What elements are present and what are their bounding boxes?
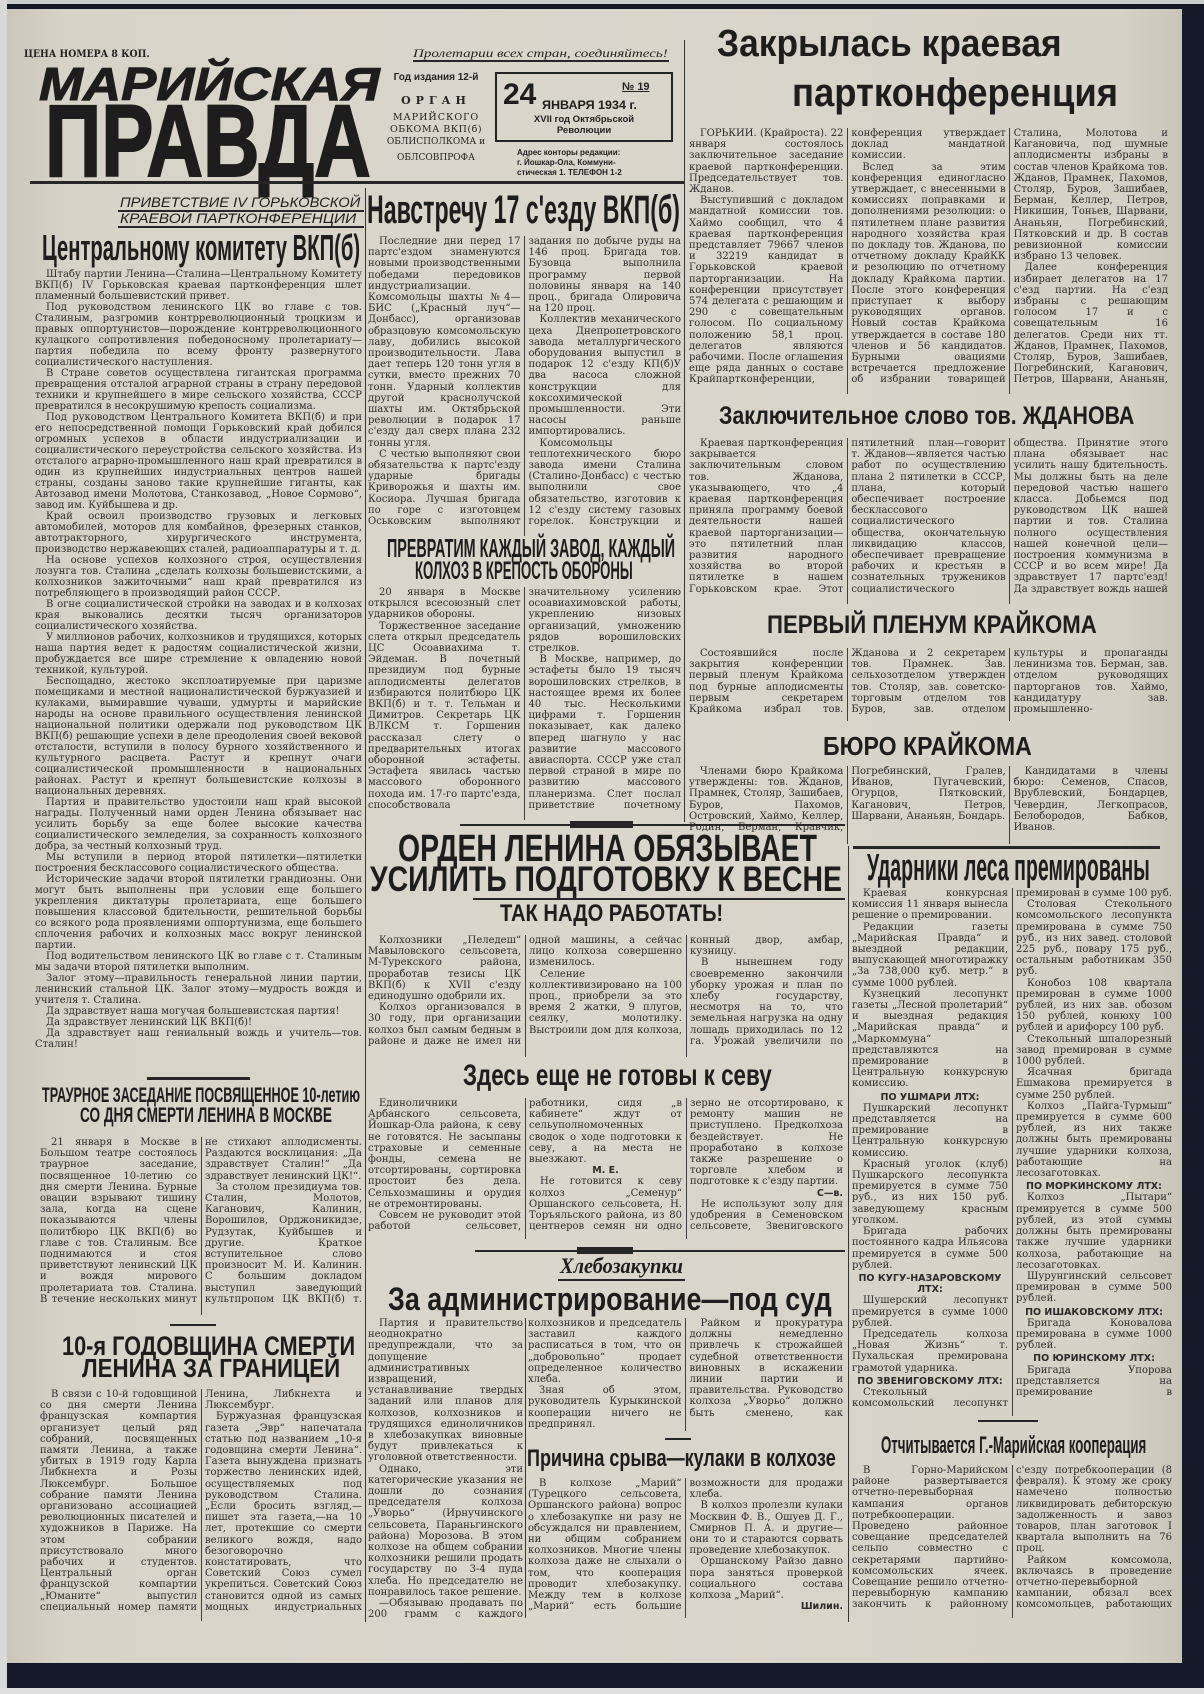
- article-body: В колхозе „Марий“ (Турецкого сельсовета,…: [528, 1478, 843, 1618]
- headline-text: Центральному комитету ВКП(б): [42, 230, 360, 266]
- paragraph: Кандидатами в члены бюро: Семенов, Спасо…: [1014, 766, 1168, 833]
- paragraph: Единоличники Арбанского сельсовета, Йошк…: [368, 1098, 521, 1210]
- paragraph: В огне социалистической стройки на завод…: [35, 599, 362, 632]
- paragraph: Партия и правительство неоднократно пред…: [368, 1318, 523, 1464]
- paragraph: Штабу партии Ленина—Сталина—Центральному…: [35, 269, 362, 302]
- headline-text: партконференция: [792, 73, 1118, 113]
- paragraph: 20 января в Москве открылся всесоюзный с…: [368, 587, 521, 621]
- signature: М. Е.: [529, 1165, 682, 1176]
- paragraph: Под водительством ленинского ЦК во главе…: [35, 951, 362, 973]
- paragraph: Райком и прокуратура должны немедленно п…: [690, 1318, 844, 1431]
- subheading: ПО ИШАКОВСКОМУ ЛТХ:: [1016, 1307, 1172, 1318]
- headline-text: ЛЕНИНА ЗА ГРАНИЦЕЙ: [82, 1355, 340, 1381]
- organ-line: МАРИЙСКОГО: [383, 113, 489, 123]
- headline-text: УСИЛИТЬ ПОДГОТОВКУ К ВЕСНЕ: [370, 862, 842, 897]
- motto: Пролетарии всех стран, соединяйтесь!: [413, 47, 616, 59]
- headline-text: СО ДНЯ СМЕРТИ ЛЕНИНА В МОСКВЕ: [80, 1105, 332, 1126]
- paragraph: Краевая партконференция закрывается закл…: [689, 438, 1168, 604]
- headline-text: Закрылась краевая: [717, 25, 1062, 63]
- paragraph: Бригада Коновалова премирована в сумме 1…: [1016, 1318, 1172, 1352]
- paragraph: Колхоз „Пайга-Турмыш“ премируется в сумм…: [1016, 1101, 1172, 1179]
- headline-text: ТРАУРНОЕ ЗАСЕДАНИЕ ПОСВЯЩЕННОЕ 10-летию: [42, 1085, 360, 1106]
- article-body: Состоявшийся после закрытия конференции …: [689, 648, 1168, 721]
- article-body: 20 января в Москве открылся всесоюзный с…: [368, 587, 681, 820]
- address-line: стическая 1. ТЕЛЕФОН 1-2: [517, 169, 622, 177]
- paragraph: Да здравствует ленинский ЦК ВКП(б)!: [35, 1017, 362, 1028]
- headline-text: За администрирование—под суд: [388, 1283, 832, 1315]
- article-body: Колхозники „Пеледеш“ Мавыловского сельсо…: [368, 935, 843, 1057]
- article-body: Единоличники Арбанского сельсовета, Йошк…: [368, 1098, 843, 1239]
- organ-line: ОБКОМА ВКП(б): [383, 125, 489, 135]
- paragraph: Краевая конкурсная комиссия 11 января вы…: [852, 888, 1008, 922]
- scan-border-top: [0, 0, 1204, 4]
- paragraph: Да здравствует наш гениальный вождь и уч…: [35, 1028, 362, 1050]
- article-headline: За администрирование—под суд: [388, 1283, 916, 1315]
- paragraph: Буржуазная французская газета „Эвр“ напе…: [205, 1389, 362, 1621]
- paragraph: Исторические задачи второй пятилетки гра…: [35, 874, 362, 951]
- paragraph: Колхозники „Пеледеш“ Мавыловского сельсо…: [368, 935, 521, 1002]
- date-month-year: ЯНВАРЯ 1934 г.: [542, 99, 633, 111]
- signature: С—в.: [690, 1188, 843, 1199]
- section-divider: [147, 1077, 250, 1080]
- article-headline: Ударники леса премированы: [867, 849, 1204, 887]
- article-headline: БЮРО КРАЙКОМА: [823, 733, 1058, 759]
- paragraph: Председатель колхоза „Новая Жизнь“ т. Пу…: [852, 1329, 1008, 1374]
- paragraph: Стекольный шпалорезный завод премирован …: [1016, 1034, 1172, 1068]
- masthead-divider: [30, 181, 684, 184]
- article-headline: ПЕРВЫЙ ПЛЕНУМ КРАЙКОМА: [767, 613, 1139, 638]
- paragraph: Столовая Стекольного комсомольского лесо…: [1016, 899, 1172, 977]
- article-kicker: ПРИВЕТСТВИЕ IV ГОРЬКОВСКОЙ: [120, 195, 348, 209]
- paragraph: У миллионов рабочих, колхозников и трудя…: [35, 632, 362, 676]
- article-body: В Горно-Марийском районе развертывается …: [852, 1465, 1172, 1618]
- column-rule: [365, 188, 366, 1622]
- headline-text: Ударники леса премированы: [867, 849, 1150, 887]
- paragraph: Однако, эти категорические указания не д…: [368, 1464, 523, 1598]
- paragraph: Беспощадно, жестоко эксплоатируемые при …: [35, 676, 362, 797]
- paragraph: Колхоз „Пытари“ премируется в сумме 500 …: [1016, 1192, 1172, 1270]
- article-headline: Закрылась краевая: [717, 25, 1088, 63]
- paragraph: Состоявшийся после закрытия конференции …: [689, 648, 1168, 721]
- organ-line: ОБЛИСПОЛКОМА и: [383, 138, 489, 147]
- address-line: г. Йошкар-Ола, Коммуни-: [517, 159, 616, 167]
- kicker-text: ПРИВЕТСТВИЕ IV ГОРЬКОВСКОЙ: [120, 195, 360, 209]
- subheading: ПО КУГУ-НАЗАРОВСКОМУ ЛТХ:: [852, 1273, 1008, 1295]
- subheading: ПО ЮРИНСКОМУ ЛТХ:: [1016, 1353, 1172, 1364]
- article-kicker: КРАЕВОЙ ПАРТКОНФЕРЕНЦИИ: [120, 211, 334, 225]
- paragraph: Редакции газеты „Марийская Правда“ и вые…: [852, 922, 1008, 989]
- subheading: ПО МОРКИНСКОМУ ЛТХ:: [1016, 1181, 1172, 1192]
- article-headline: Здесь еще не готовы к севу: [463, 1061, 877, 1091]
- article-body: 21 января в Москве в Большом театре сост…: [40, 1137, 362, 1315]
- paragraph: Под руководством ленинского ЦК во главе …: [35, 302, 362, 368]
- kicker-text: Хлебозакупки: [560, 1255, 683, 1277]
- article-body: Последние дни перед 17 партс'ездом знаме…: [368, 236, 681, 536]
- address-line: Адрес конторы редакции:: [517, 149, 620, 157]
- headline-text: Здесь еще не готовы к севу: [463, 1061, 772, 1091]
- paragraph: колхозников и председатель заставил кажд…: [528, 1318, 682, 1385]
- article-body-column-1: Партия и правительство неоднократно пред…: [368, 1318, 523, 1618]
- paragraph: Край освоил производство грузовых и легк…: [35, 511, 362, 555]
- paragraph: Партия и правительство удостоили наш кра…: [35, 797, 362, 852]
- signature: Шилин.: [690, 1601, 844, 1612]
- headline-text: Причина срыва—кулаки в колхозе: [527, 1447, 836, 1471]
- scan-border-left: [0, 0, 7, 1694]
- paragraph: Шурунгинский сельсовет премирован в сумм…: [1016, 1271, 1172, 1305]
- paragraph: В Стране советов осуществлена гигантская…: [35, 368, 362, 412]
- paragraph: Красный уголок (клуб) Пушкарского лесопу…: [852, 1159, 1008, 1226]
- paragraph: ГОРЬКИЙ. (Крайроста). 22 января состояло…: [689, 128, 843, 195]
- scan-border-bottom: [0, 1688, 1204, 1694]
- year-label: Год издания 12-й: [383, 73, 489, 83]
- article-headline: ЛЕНИНА ЗА ГРАНИЦЕЙ: [82, 1355, 383, 1381]
- motto-text: Пролетарии всех стран, соединяйтесь!: [413, 47, 668, 59]
- paragraph: Последние дни перед 17 партс'ездом знаме…: [368, 236, 521, 449]
- issue-number: № 19: [622, 82, 650, 93]
- paragraph: Бригада рабочих постоянного кадра Ильясо…: [852, 1226, 1008, 1271]
- headline-text: Отчитывается Г.-Марийская кооперация: [881, 1434, 1146, 1458]
- paragraph: Коллектив механического цеха Днепропетро…: [529, 314, 682, 437]
- kicker-text: КРАЕВОЙ ПАРТКОНФЕРЕНЦИИ: [120, 211, 356, 225]
- section-divider: [170, 1324, 216, 1326]
- article-body: ГОРЬКИЙ. (Крайроста). 22 января состояло…: [689, 128, 1168, 394]
- article-body: Краевая партконференция закрывается закл…: [689, 438, 1168, 604]
- motto-underline: [413, 60, 669, 62]
- article-body: Краевая конкурсная комиссия 11 января вы…: [852, 888, 1172, 1416]
- paragraph: В колхоз пролезли кулаки Москвин Ф. В., …: [690, 1500, 844, 1556]
- paragraph: Да здравствует наша могучая большевистск…: [35, 1006, 362, 1017]
- paragraph: Залог этому—правильность генеральной лин…: [35, 973, 362, 1006]
- headline-text: БЮРО КРАЙКОМА: [823, 733, 1032, 759]
- headline-text: КОЛХОЗ В КРЕПОСТЬ ОБОРОНЫ: [415, 559, 633, 584]
- paragraph: Пушкарский лесопункт представляется на п…: [852, 1103, 1008, 1159]
- article-headline: партконференция: [792, 73, 1150, 113]
- paragraph: —Обязываю продавать по 200 грамм с каждо…: [368, 1598, 523, 1618]
- column-rule: [684, 40, 685, 822]
- headline-text: ПЕРВЫЙ ПЛЕНУМ КРАЙКОМА: [767, 613, 1097, 638]
- paragraph: Шушерский лесопункт премируется в сумме …: [852, 1295, 1008, 1329]
- section-divider: [978, 1420, 1038, 1422]
- decorative-rule: [475, 1250, 845, 1252]
- date-day: 24: [503, 80, 536, 110]
- paragraph: Ясачная бригада Ешмакова премируется в с…: [1016, 1067, 1172, 1101]
- paragraph: Кузнецкий лесопункт газеты „Лесной проле…: [852, 989, 1008, 1090]
- subheading: ПО ЗВЕНИГОВСКОМУ ЛТХ:: [852, 1376, 1008, 1387]
- column-rule: [848, 846, 849, 1622]
- paragraph: Оршанскому Райзо давно пора заняться про…: [690, 1556, 844, 1601]
- article-headline: Заключительное слово тов. ЖДАНОВА: [719, 404, 1204, 429]
- paragraph: Под руководством Центрального Комитета В…: [35, 412, 362, 511]
- headline-text: Заключительное слово тов. ЖДАНОВА: [719, 404, 1134, 429]
- article-headline: Отчитывается Г.-Марийская кооперация: [881, 1434, 1204, 1458]
- paragraph: На основе успехов колхозного строя, осущ…: [35, 555, 362, 599]
- title-line-2-text: ПРАВДА: [45, 90, 371, 192]
- column-rule: [525, 1318, 526, 1618]
- date-month-year-text: ЯНВАРЯ 1934 г.: [542, 99, 637, 111]
- article-headline: ТАК НАДО РАБОТАТЬ!: [500, 902, 766, 926]
- paragraph: Мы вступили в период второй пятилетки—пя…: [35, 852, 362, 874]
- paragraph: Зная об этом, руководитель Курыкинской к…: [528, 1385, 682, 1430]
- article-body: В связи с 10-й годовщиной со дня смерти …: [40, 1389, 362, 1621]
- organ-line: ОБЛСОВПРОФА: [383, 154, 489, 163]
- headline-text: Навстречу 17 с'езду ВКП(б): [367, 190, 680, 230]
- section-divider: [665, 1438, 691, 1440]
- decorative-rule: [460, 824, 845, 826]
- organ-label: ОРГАН: [383, 95, 489, 106]
- headline-text: ТАК НАДО РАБОТАТЬ!: [500, 902, 723, 926]
- paragraph: Конобоз 108 квартала премирован в сумме …: [1016, 978, 1172, 1034]
- revolution-year-line: XVII год Октябрьской: [497, 115, 671, 125]
- article-body: Штабу партии Ленина—Сталина—Центральному…: [35, 269, 362, 1073]
- section-kicker: Хлебозакупки: [560, 1255, 693, 1277]
- subheading: ПО УШМАРИ ЛТХ:: [852, 1092, 1008, 1103]
- revolution-year-line: Революции: [497, 126, 671, 136]
- decorative-rule-block: [570, 821, 633, 828]
- article-body-continued: колхозников и председатель заставил кажд…: [528, 1318, 843, 1431]
